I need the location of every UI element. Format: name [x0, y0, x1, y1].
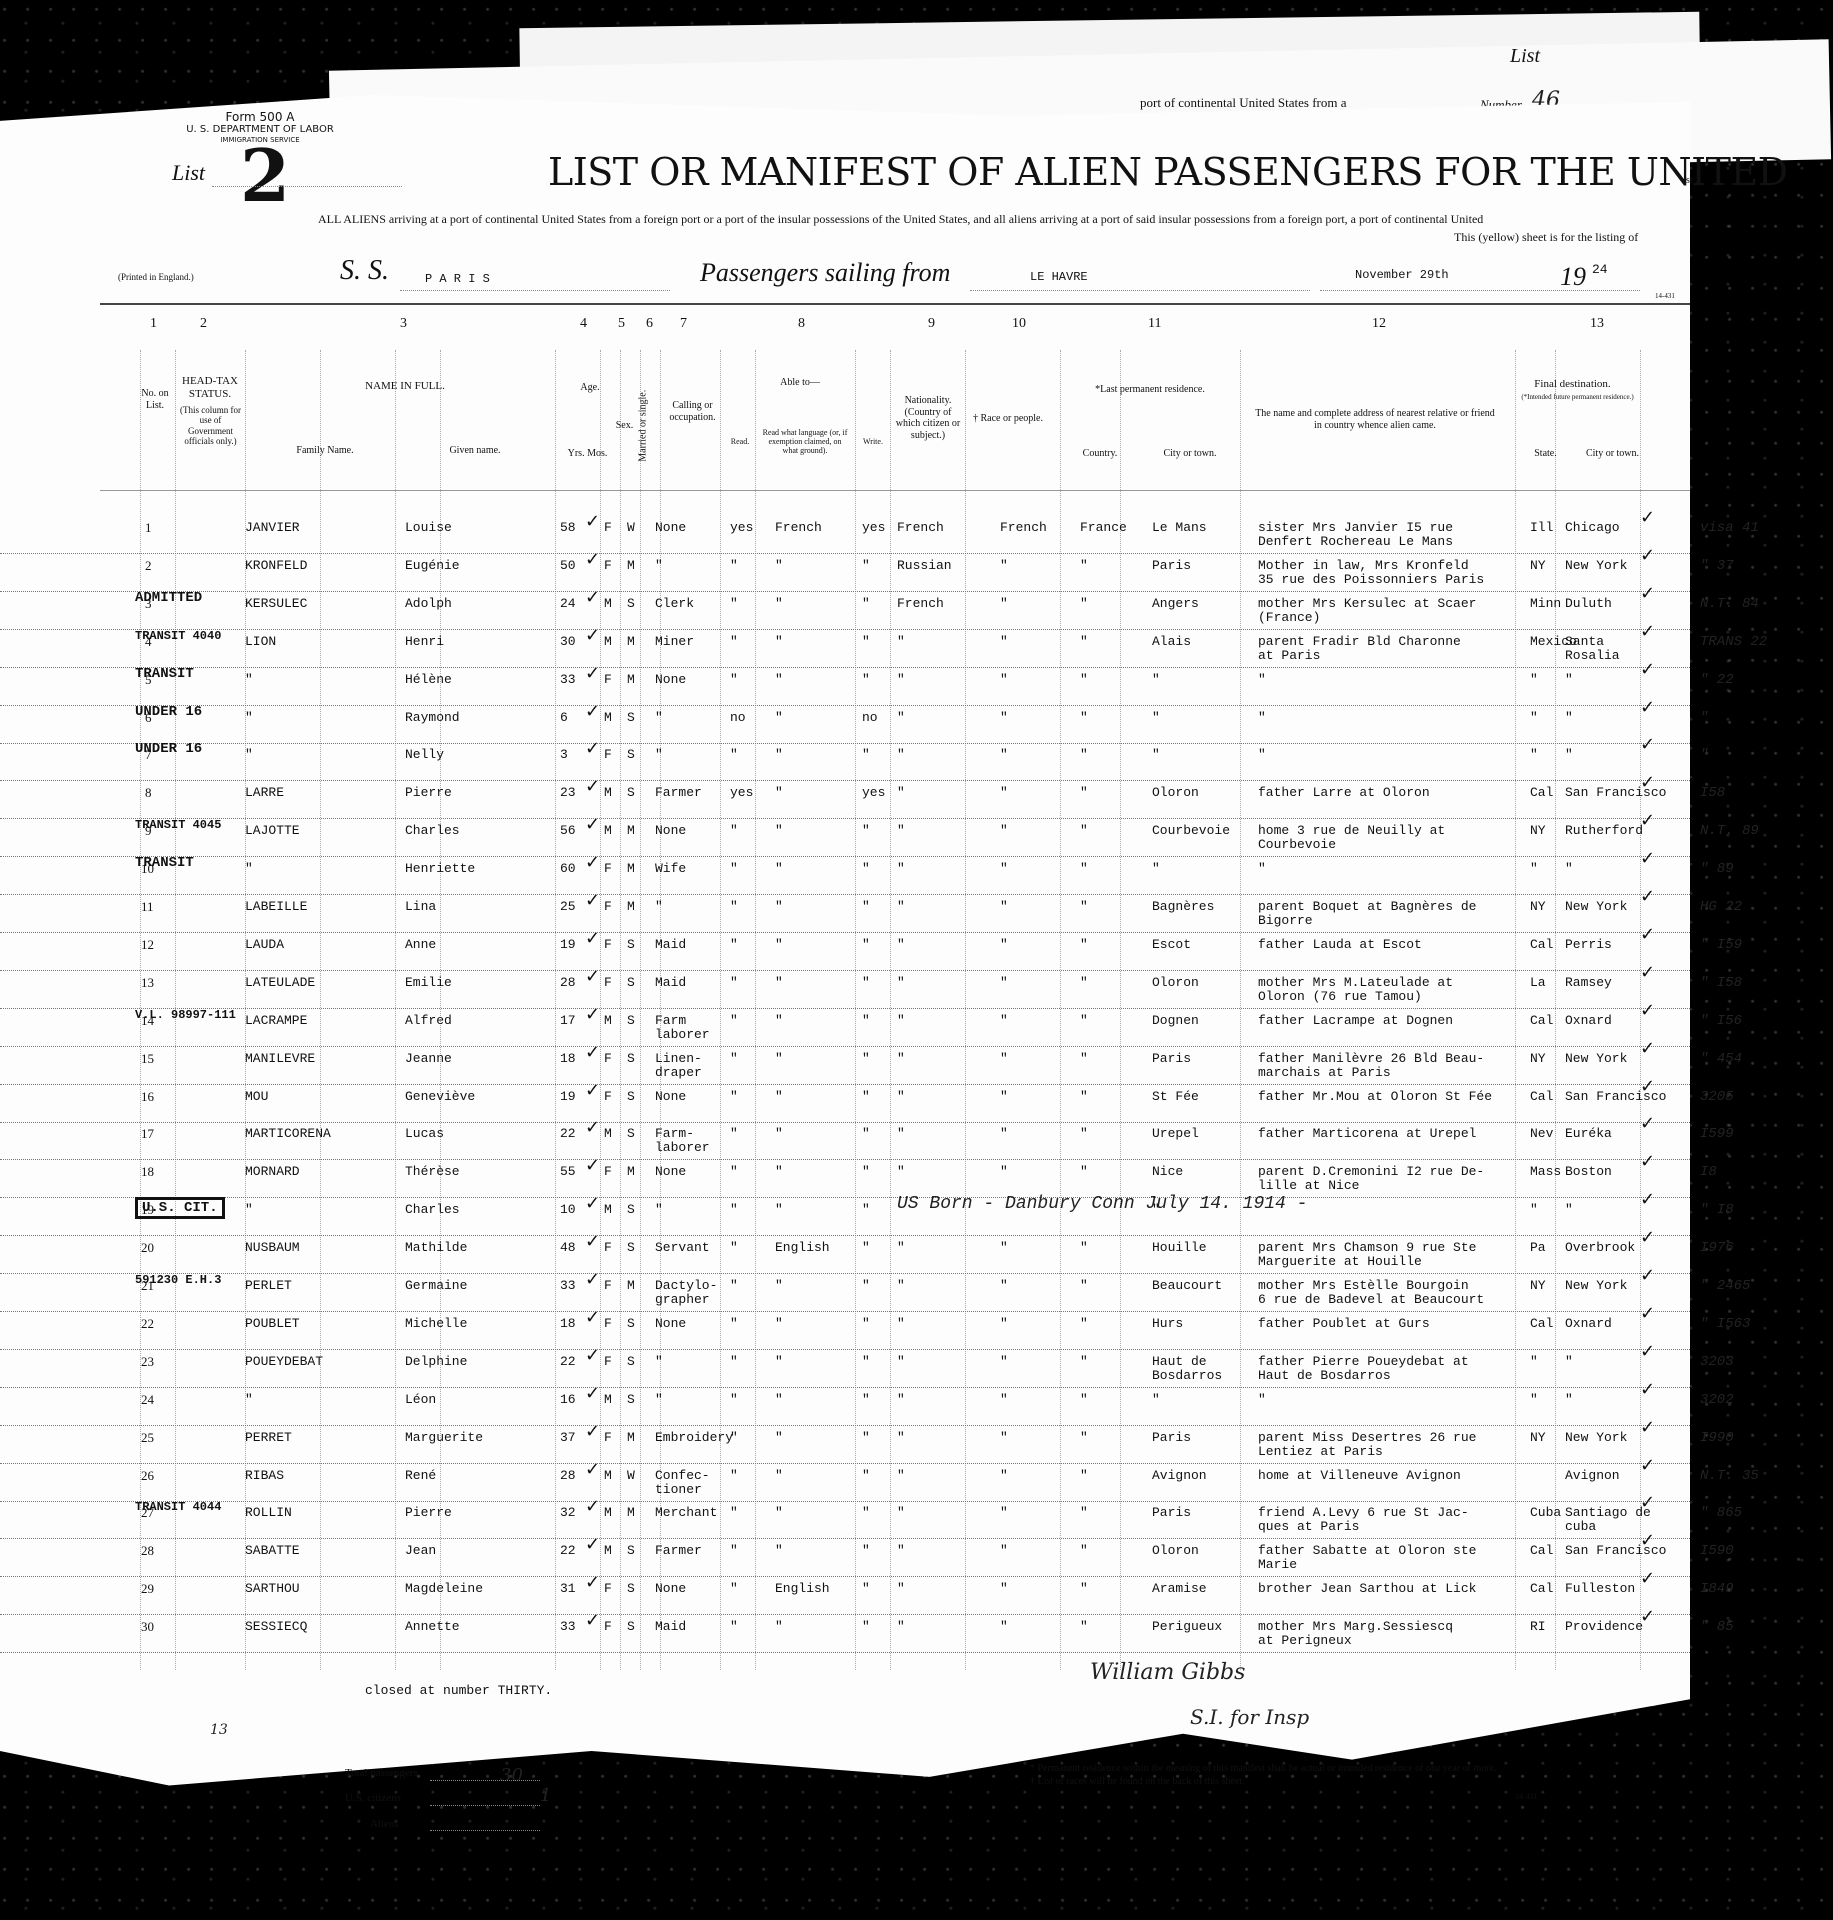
check-mark-icon: ✓ [585, 629, 600, 643]
table-row: 3ADMITTEDKERSULECAdolph24MSClerk"""Frenc… [0, 591, 1690, 630]
nationality: " [897, 673, 905, 687]
can-write: " [862, 1317, 870, 1331]
can-read: " [730, 900, 738, 914]
nearest-relative: father Pierre Poueydebat at Haut de Bosd… [1258, 1355, 1469, 1383]
can-read: " [730, 1544, 738, 1558]
destination-check-icon: ✓ [1640, 1572, 1655, 1586]
hdr-calling: Calling or occupation. [665, 400, 720, 423]
family-name: " [245, 1203, 253, 1217]
race: " [1000, 1052, 1008, 1066]
last-country: " [1080, 976, 1088, 990]
check-mark-icon: ✓ [585, 515, 600, 529]
sex: M [604, 1469, 612, 1483]
marital-status: S [627, 597, 635, 611]
destination-state: Cal [1530, 1544, 1553, 1558]
check-mark-icon: ✓ [585, 1425, 600, 1439]
can-read: " [730, 1355, 738, 1369]
destination-state: Ill [1530, 521, 1553, 535]
destination-city: Perris [1565, 938, 1612, 952]
last-city: " [1152, 862, 1160, 876]
nationality: " [897, 1090, 905, 1104]
given-name: Charles [405, 824, 460, 838]
given-name: Henri [405, 635, 444, 649]
occupation: Linen- draper [655, 1052, 702, 1080]
last-city: Paris [1152, 1431, 1191, 1445]
family-name: PERRET [245, 1431, 292, 1445]
nationality: " [897, 711, 905, 725]
sex: M [604, 1203, 612, 1217]
can-read: " [730, 1127, 738, 1141]
footnote-code: 14-431 [1515, 1792, 1538, 1801]
marital-status: S [627, 748, 635, 762]
back-sheet-text: port of continental United States from a [1140, 95, 1347, 111]
hdr-last-residence: *Last permanent residence. [1080, 384, 1220, 396]
hdr-write: Write. [858, 437, 888, 446]
sex: F [604, 1241, 612, 1255]
marital-status: M [627, 862, 635, 876]
sex: F [604, 1317, 612, 1331]
given-name: Emilie [405, 976, 452, 990]
given-name: Raymond [405, 711, 460, 725]
nearest-relative: parent Miss Desertres 26 rue Lentiez at … [1258, 1431, 1476, 1459]
hdr-able-to: Able to— [760, 377, 840, 389]
last-country: " [1080, 559, 1088, 573]
column-number: 13 [1590, 316, 1604, 332]
nationality: " [897, 862, 905, 876]
margin-note: " 2465 [1700, 1279, 1750, 1293]
destination-check-icon: ✓ [1640, 587, 1655, 601]
nationality: " [897, 1582, 905, 1596]
sex: M [604, 1014, 612, 1028]
nationality: " [897, 1279, 905, 1293]
table-row: 22POUBLETMichelle18FSNone""""""Hursfathe… [0, 1311, 1690, 1350]
read-language: " [775, 711, 783, 725]
age: 18 [560, 1317, 576, 1331]
column-number: 3 [400, 316, 407, 332]
margin-note: " I8 [1700, 1203, 1734, 1217]
family-name: RIBAS [245, 1469, 284, 1483]
race: " [1000, 1127, 1008, 1141]
destination-city: New York [1565, 1431, 1627, 1445]
family-name: KERSULEC [245, 597, 307, 611]
last-country: " [1080, 938, 1088, 952]
family-name: JANVIER [245, 521, 300, 535]
hdr-family-name: Family Name. [280, 445, 370, 457]
hdr-final-destination: Final destination. [1515, 378, 1630, 391]
page-title: LIST OR MANIFEST OF ALIEN PASSENGERS FOR… [548, 150, 1788, 194]
race: " [1000, 635, 1008, 649]
head-tax-status: TRANSIT [135, 667, 194, 681]
row-number: 8 [145, 786, 152, 800]
check-mark-icon: ✓ [585, 1349, 600, 1363]
table-row: 14V.L. 98997-111LACRAMPEAlfred17MSFarm l… [0, 1008, 1690, 1047]
marital-status: M [627, 1165, 635, 1179]
marital-status: S [627, 711, 635, 725]
sex: M [604, 597, 612, 611]
check-mark-icon: ✓ [585, 1159, 600, 1173]
occupation: " [655, 1355, 663, 1369]
destination-check-icon: ✓ [1640, 701, 1655, 715]
family-name: " [245, 711, 253, 725]
check-mark-icon: ✓ [585, 970, 600, 984]
marital-status: M [627, 635, 635, 649]
hdr-sex: Sex. [612, 420, 637, 432]
given-name: Charles [405, 1203, 460, 1217]
destination-city: Ramsey [1565, 976, 1612, 990]
occupation: Miner [655, 635, 694, 649]
table-row: 30SESSIECQAnnette33FSMaid""""""Perigueux… [0, 1614, 1690, 1653]
marital-status: S [627, 1620, 635, 1634]
table-row: 28SABATTEJean22MSFarmer""""""Oloronfathe… [0, 1538, 1690, 1577]
occupation: " [655, 748, 663, 762]
race: " [1000, 976, 1008, 990]
destination-state: Cal [1530, 786, 1553, 800]
nationality: " [897, 1469, 905, 1483]
read-language: " [775, 1052, 783, 1066]
column-number: 2 [200, 316, 207, 332]
nearest-relative: Mother in law, Mrs Kronfeld 35 rue des P… [1258, 559, 1484, 587]
last-city: St Fée [1152, 1090, 1199, 1104]
sex: M [604, 1544, 612, 1558]
given-name: Lucas [405, 1127, 444, 1141]
age: 33 [560, 1620, 576, 1634]
race: " [1000, 1469, 1008, 1483]
form-number: Form 500 A [175, 110, 345, 124]
given-name: Nelly [405, 748, 444, 762]
last-country: " [1080, 1469, 1088, 1483]
port-name: LE HAVRE [1030, 270, 1088, 284]
can-write: " [862, 1279, 870, 1293]
family-name: LION [245, 635, 276, 649]
destination-check-icon: ✓ [1640, 1345, 1655, 1359]
family-name: MORNARD [245, 1165, 300, 1179]
marital-status: S [627, 1203, 635, 1217]
nearest-relative: " [1258, 748, 1266, 762]
column-number: 7 [680, 316, 687, 332]
last-city: Dognen [1152, 1014, 1199, 1028]
family-name: ROLLIN [245, 1506, 292, 1520]
given-name: Magdeleine [405, 1582, 483, 1596]
destination-check-icon: ✓ [1640, 1496, 1655, 1510]
year-prefix: 19 [1560, 262, 1586, 292]
last-city: Angers [1152, 597, 1199, 611]
can-write: " [862, 748, 870, 762]
last-country: " [1080, 1014, 1088, 1028]
age: 32 [560, 1506, 576, 1520]
destination-city: Duluth [1565, 597, 1612, 611]
race: " [1000, 824, 1008, 838]
family-name: " [245, 748, 253, 762]
destination-city: New York [1565, 1279, 1627, 1293]
table-row: 12LAUDAAnne19FSMaid""""""Escotfather Lau… [0, 932, 1690, 971]
last-country: " [1080, 1090, 1088, 1104]
given-name: Hélène [405, 673, 452, 687]
destination-city: Avignon [1565, 1469, 1620, 1483]
last-country: " [1080, 635, 1088, 649]
family-name: LACRAMPE [245, 1014, 307, 1028]
nearest-relative: father Marticorena at Urepel [1258, 1127, 1476, 1141]
read-language: " [775, 1620, 783, 1634]
can-write: " [862, 862, 870, 876]
marital-status: S [627, 1090, 635, 1104]
marital-status: M [627, 824, 635, 838]
hdr-relative: The name and complete address of nearest… [1255, 408, 1495, 431]
table-row: 11LABEILLELina25FM"""""""Bagnèresparent … [0, 894, 1690, 933]
can-read: " [730, 824, 738, 838]
nationality: " [897, 786, 905, 800]
occupation: Dactylo- grapher [655, 1279, 717, 1307]
race: " [1000, 748, 1008, 762]
printed-in: (Printed in England.) [118, 272, 194, 282]
family-name: " [245, 673, 253, 687]
row-number: 22 [141, 1317, 154, 1331]
destination-check-icon: ✓ [1640, 1534, 1655, 1548]
occupation: Maid [655, 976, 686, 990]
nearest-relative: parent Fradir Bld Charonne at Paris [1258, 635, 1461, 663]
can-read: " [730, 1014, 738, 1028]
check-mark-icon: ✓ [585, 1046, 600, 1060]
last-city: Paris [1152, 1052, 1191, 1066]
marital-status: S [627, 1544, 635, 1558]
nearest-relative: " [1258, 1393, 1266, 1407]
destination-check-icon: ✓ [1640, 1042, 1655, 1056]
marital-status: S [627, 786, 635, 800]
row-number: 25 [141, 1431, 154, 1445]
last-city: Aramise [1152, 1582, 1207, 1596]
subtitle: ALL ALIENS arriving at a port of contine… [318, 212, 1483, 227]
margin-note: 3203 [1700, 1355, 1734, 1369]
destination-state: NY [1530, 1431, 1546, 1445]
destination-state: " [1530, 1393, 1538, 1407]
can-read: " [730, 673, 738, 687]
family-name: KRONFELD [245, 559, 307, 573]
port-underline [970, 290, 1310, 291]
row-number: 17 [141, 1127, 154, 1141]
sex: M [604, 711, 612, 725]
age: 55 [560, 1165, 576, 1179]
age: 3 [560, 748, 568, 762]
age: 18 [560, 1052, 576, 1066]
race: " [1000, 1355, 1008, 1369]
sex: F [604, 938, 612, 952]
occupation: None [655, 1317, 686, 1331]
marital-status: S [627, 1317, 635, 1331]
read-language: " [775, 1469, 783, 1483]
margin-note: I849 [1700, 1582, 1734, 1596]
last-country: " [1080, 748, 1088, 762]
sex: F [604, 1165, 612, 1179]
age: 16 [560, 1393, 576, 1407]
read-language: English [775, 1241, 830, 1255]
nationality: Russian [897, 559, 952, 573]
can-read: " [730, 1090, 738, 1104]
age: 28 [560, 1469, 576, 1483]
margin-note: visa 41 [1700, 521, 1759, 535]
read-language: " [775, 1506, 783, 1520]
margin-note: " [1700, 748, 1708, 762]
read-language: " [775, 1544, 783, 1558]
last-city: " [1152, 1203, 1160, 1217]
hdr-race: † Race or people. [968, 413, 1048, 425]
can-read: " [730, 1431, 738, 1445]
destination-city: New York [1565, 559, 1627, 573]
sex: F [604, 1582, 612, 1596]
sex: F [604, 1620, 612, 1634]
race: " [1000, 786, 1008, 800]
last-country: " [1080, 1393, 1088, 1407]
column-number: 12 [1372, 316, 1386, 332]
last-country: " [1080, 1127, 1088, 1141]
can-write: " [862, 673, 870, 687]
margin-note: " 454 [1700, 1052, 1742, 1066]
read-language: " [775, 635, 783, 649]
age: 60 [560, 862, 576, 876]
column-number: 10 [1012, 316, 1026, 332]
marital-status: S [627, 1014, 635, 1028]
date-underline [1320, 290, 1640, 291]
nationality: " [897, 748, 905, 762]
last-city: Courbevoie [1152, 824, 1230, 838]
check-mark-icon: ✓ [585, 1387, 600, 1401]
age: 22 [560, 1355, 576, 1369]
last-city: Oloron [1152, 786, 1199, 800]
ship-underline [400, 290, 670, 291]
destination-check-icon: ✓ [1640, 625, 1655, 639]
last-country: " [1080, 1165, 1088, 1179]
destination-check-icon: ✓ [1640, 1421, 1655, 1435]
can-read: " [730, 748, 738, 762]
edge-text: st [1686, 175, 1693, 186]
nearest-relative: parent Mrs Chamson 9 rue Ste Marguerite … [1258, 1241, 1476, 1269]
occupation: Servant [655, 1241, 710, 1255]
margin-note: N.T. 84 [1700, 597, 1759, 611]
last-country: " [1080, 1317, 1088, 1331]
occupation: " [655, 1203, 663, 1217]
hdr-head-tax-note: (This column for use of Government offic… [178, 405, 243, 446]
destination-state: Mass [1530, 1165, 1561, 1179]
can-read: yes [730, 786, 753, 800]
nationality: " [897, 1052, 905, 1066]
check-mark-icon: ✓ [585, 894, 600, 908]
margin-note: I58 [1700, 786, 1725, 800]
last-city: Nice [1152, 1165, 1183, 1179]
occupation: Wife [655, 862, 686, 876]
destination-check-icon: ✓ [1640, 663, 1655, 677]
occupation: " [655, 1393, 663, 1407]
sex: M [604, 1393, 612, 1407]
sex: F [604, 748, 612, 762]
head-tax-status: TRANSIT [135, 856, 194, 870]
marital-status: S [627, 1127, 635, 1141]
aliens-dots [430, 1830, 540, 1831]
age: 50 [560, 559, 576, 573]
occupation: Farm laborer [655, 1014, 710, 1042]
marital-status: S [627, 1393, 635, 1407]
last-country: " [1080, 786, 1088, 800]
destination-state: Cal [1530, 1014, 1553, 1028]
read-language: " [775, 1127, 783, 1141]
last-country: " [1080, 673, 1088, 687]
table-row: 7UNDER 16"Nelly3FS""""""""""""✓✓ [0, 742, 1690, 781]
given-name: Henriette [405, 862, 475, 876]
table-row: 23POUEYDEBATDelphine22FS"""""""Haut de B… [0, 1349, 1690, 1388]
given-name: Geneviève [405, 1090, 475, 1104]
margin-note: " [1700, 711, 1708, 725]
read-language: " [775, 900, 783, 914]
can-write: " [862, 1431, 870, 1445]
hdr-name-in-full: NAME IN FULL. [330, 380, 480, 393]
destination-state: NY [1530, 900, 1546, 914]
age: 10 [560, 1203, 576, 1217]
can-read: " [730, 597, 738, 611]
can-write: " [862, 1203, 870, 1217]
can-read: " [730, 1506, 738, 1520]
head-tax-status: 591230 E.H.3 [135, 1273, 221, 1287]
can-read: " [730, 1279, 738, 1293]
can-write: yes [862, 521, 885, 535]
check-mark-icon: ✓ [585, 1008, 600, 1022]
last-city: Le Mans [1152, 521, 1207, 535]
marital-status: M [627, 559, 635, 573]
destination-check-icon: ✓ [1640, 1459, 1655, 1473]
race: " [1000, 1620, 1008, 1634]
head-tax-status: TRANSIT 4045 [135, 818, 221, 832]
row-number: 2 [145, 559, 152, 573]
can-read: " [730, 1469, 738, 1483]
head-tax-status: V.L. 98997-111 [135, 1008, 236, 1022]
age: 22 [560, 1127, 576, 1141]
last-country: " [1080, 1241, 1088, 1255]
table-row: 24"Léon16MS"""""""""""3202✓✓ [0, 1387, 1690, 1426]
occupation: Farm- laborer [655, 1127, 710, 1155]
given-name: Léon [405, 1393, 436, 1407]
destination-city: " [1565, 1393, 1573, 1407]
table-row: 18MORNARDThérèse55FMNone""""""Niceparent… [0, 1159, 1690, 1198]
sex: F [604, 862, 612, 876]
us-dots [430, 1805, 540, 1806]
occupation: None [655, 1582, 686, 1596]
race: " [1000, 1279, 1008, 1293]
destination-check-icon: ✓ [1640, 1004, 1655, 1018]
family-name: PERLET [245, 1279, 292, 1293]
occupation: Merchant [655, 1506, 717, 1520]
hdr-age: Age. [570, 382, 610, 394]
destination-check-icon: ✓ [1640, 1307, 1655, 1321]
can-write: " [862, 824, 870, 838]
destination-city: " [1565, 711, 1573, 725]
destination-check-icon: ✓ [1640, 1080, 1655, 1094]
age: 56 [560, 824, 576, 838]
can-write: " [862, 1052, 870, 1066]
destination-check-icon: ✓ [1640, 738, 1655, 752]
check-mark-icon: ✓ [585, 1538, 600, 1552]
can-read: " [730, 976, 738, 990]
check-mark-icon: ✓ [585, 1235, 600, 1249]
row-number: 24 [141, 1393, 154, 1407]
us-citizens-value: 1 [540, 1785, 551, 1806]
read-language: " [775, 862, 783, 876]
row-number: 28 [141, 1544, 154, 1558]
last-city: Alais [1152, 635, 1191, 649]
table-row: 25PERRETMarguerite37FMEmbroidery""""""Pa… [0, 1425, 1690, 1464]
last-city: Avignon [1152, 1469, 1207, 1483]
occupation: " [655, 711, 663, 725]
check-mark-icon: ✓ [585, 780, 600, 794]
given-name: Louise [405, 521, 452, 535]
occupation: Maid [655, 1620, 686, 1634]
family-name: LABEILLE [245, 900, 307, 914]
sex: F [604, 521, 612, 535]
